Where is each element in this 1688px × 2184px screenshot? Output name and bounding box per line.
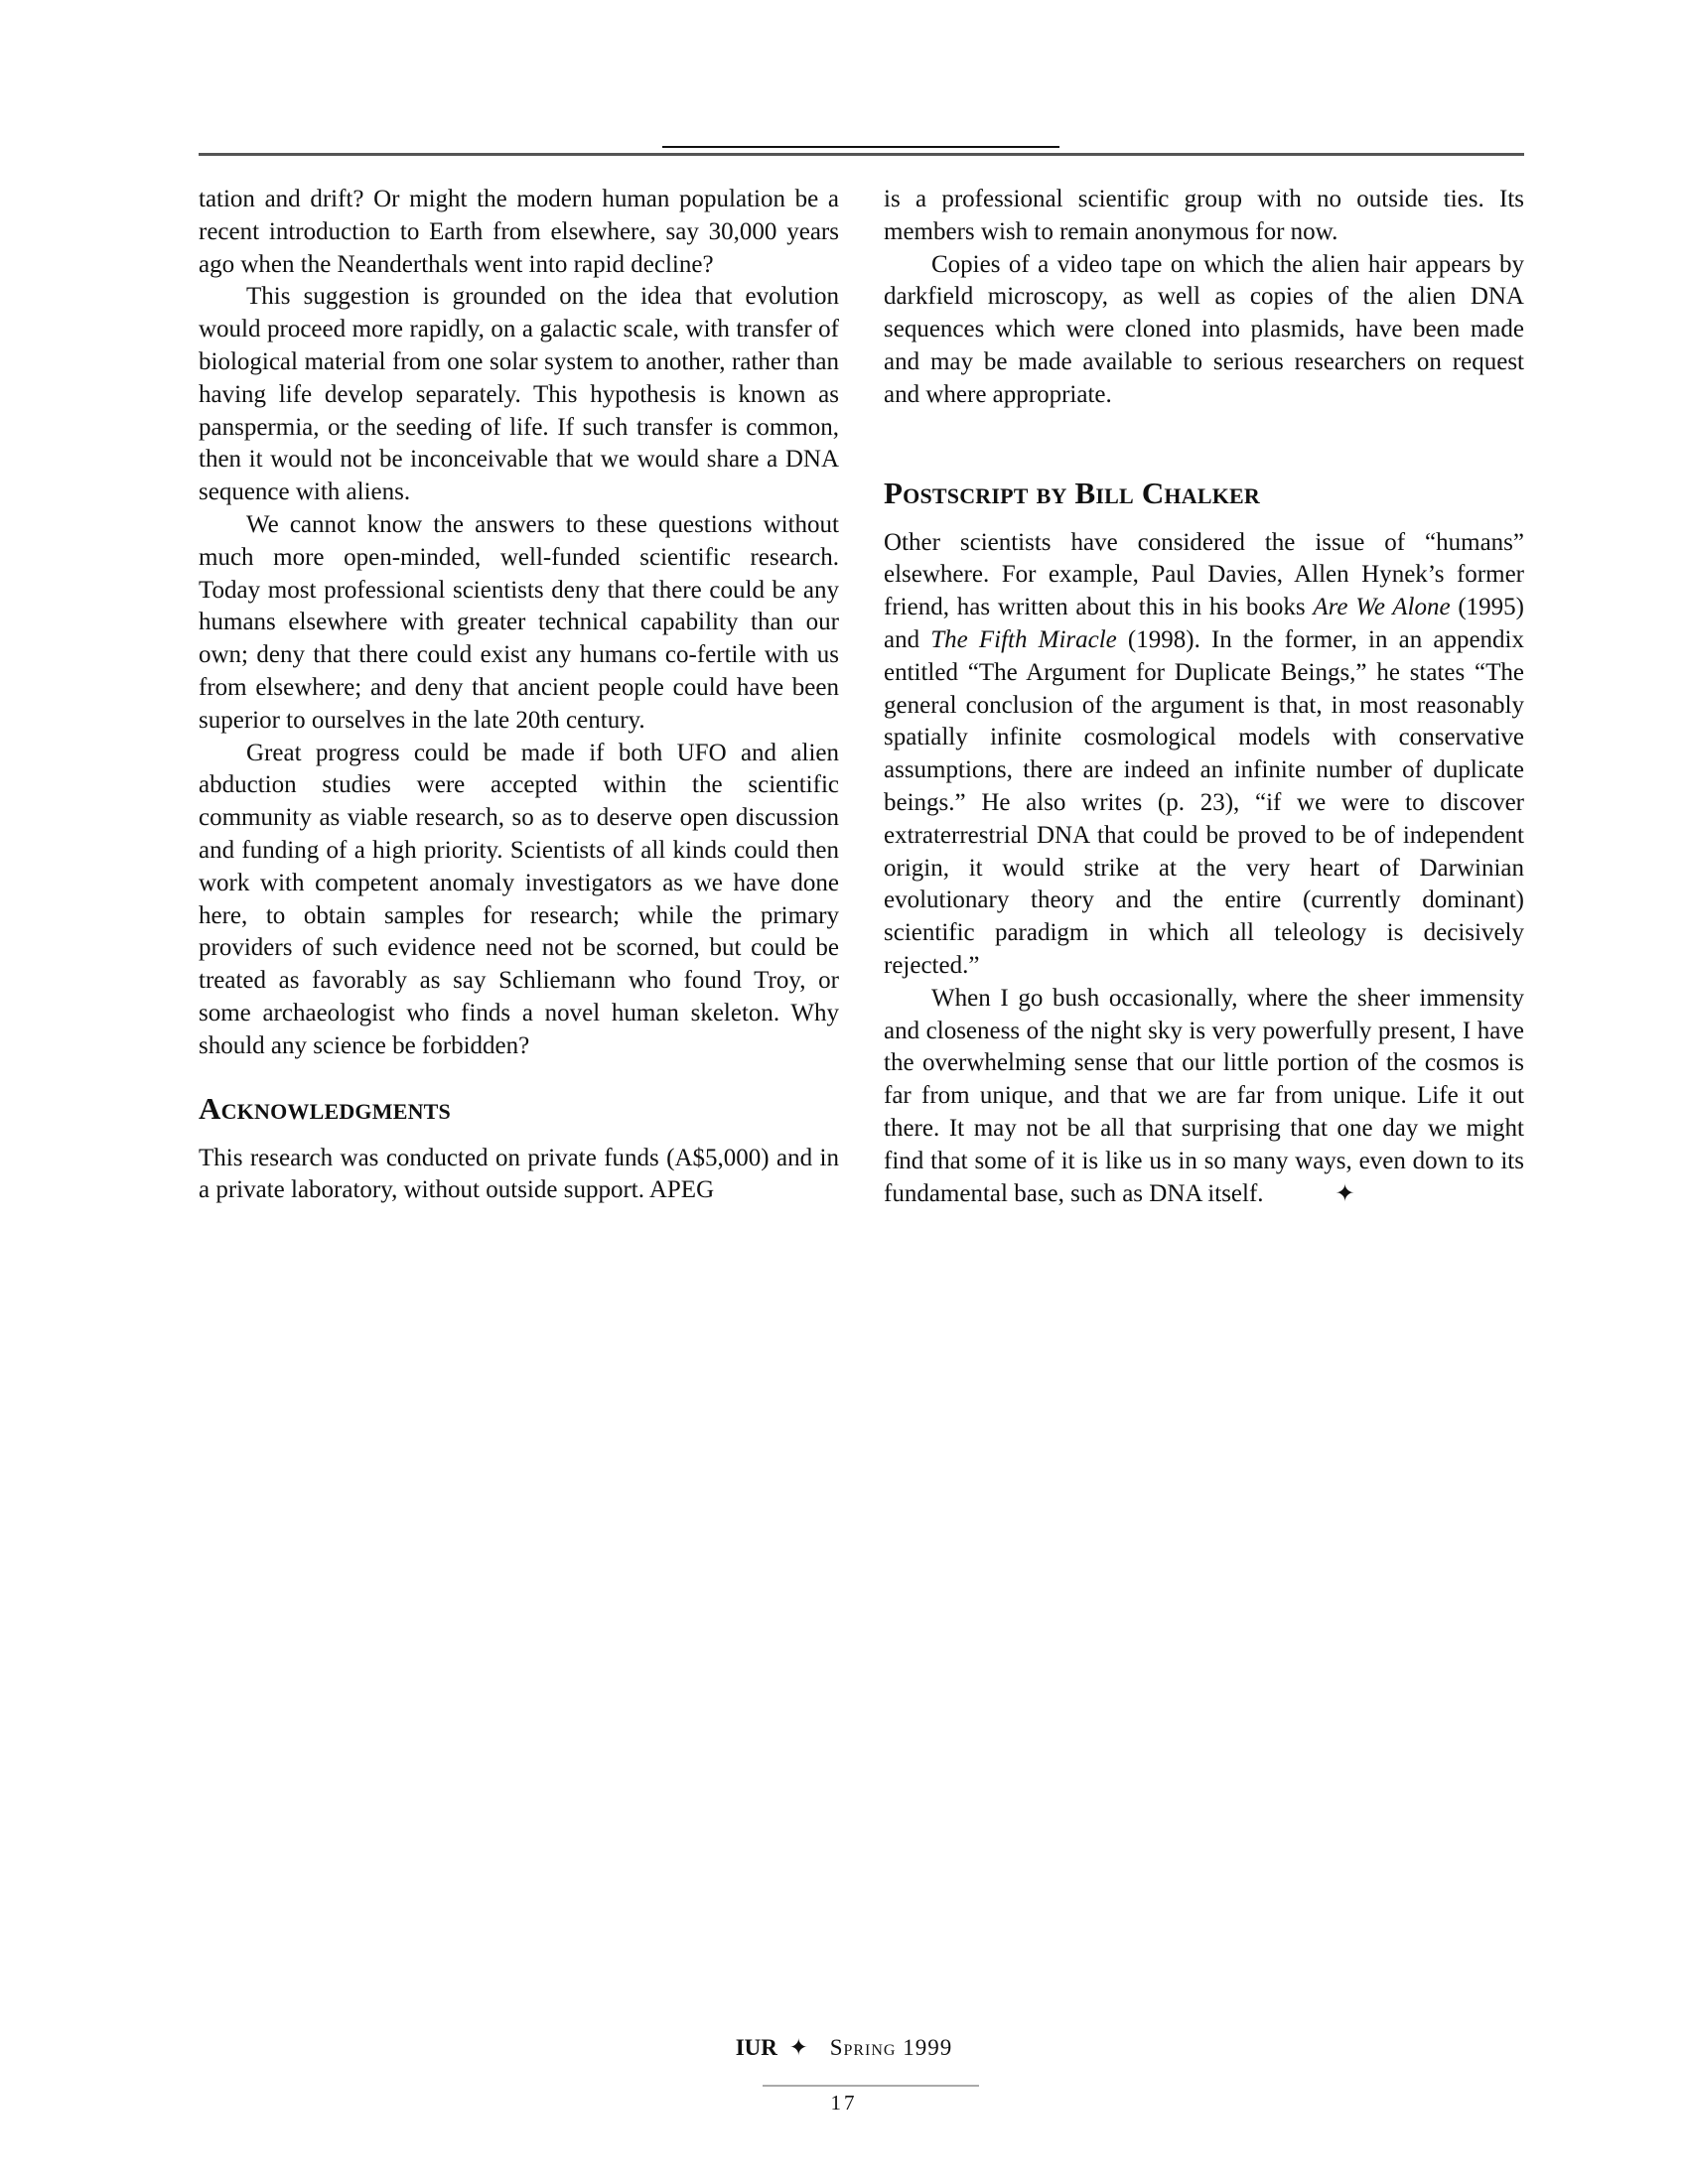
text-run: (1998). In the former, in an appendix en… [884,626,1524,979]
header-rule [199,153,1524,156]
acknowledgments-heading: Acknowledgments [199,1089,839,1129]
body-paragraph: Great progress could be made if both UFO… [199,738,839,1063]
publication-name: IUR [736,2035,777,2060]
left-column: tation and drift? Or might the modern hu… [199,184,839,1207]
body-paragraph: We cannot know the answers to these ques… [199,509,839,738]
page-number: 17 [0,2091,1688,2116]
postscript-paragraph: Other scientists have considered the iss… [884,527,1524,983]
body-paragraph: This suggestion is grounded on the idea … [199,281,839,509]
body-paragraph: Copies of a video tape on which the alie… [884,249,1524,412]
book-title: Are We Alone [1313,594,1450,620]
body-paragraph: is a professional scientific group with … [884,184,1524,249]
body-paragraph: tation and drift? Or might the modern hu… [199,184,839,281]
footer-publication-line: IUR ✦ Spring 1999 [0,2035,1688,2061]
end-mark-star-icon: ✦ [1288,1178,1355,1211]
text-run: When I go bush occasionally, where the s… [884,985,1524,1207]
book-title: The Fifth Miracle [930,626,1117,653]
postscript-heading: Postscript by Bill Chalker [884,474,1524,513]
header-short-rule [662,146,1059,148]
footer-rule [763,2085,979,2087]
right-column: is a professional scientific group with … [884,184,1524,1210]
postscript-paragraph: When I go bush occasionally, where the s… [884,983,1524,1211]
separator-star-icon: ✦ [789,2035,808,2060]
issue-season: Spring 1999 [830,2035,953,2060]
acknowledgments-paragraph: This research was conducted on private f… [199,1143,839,1208]
